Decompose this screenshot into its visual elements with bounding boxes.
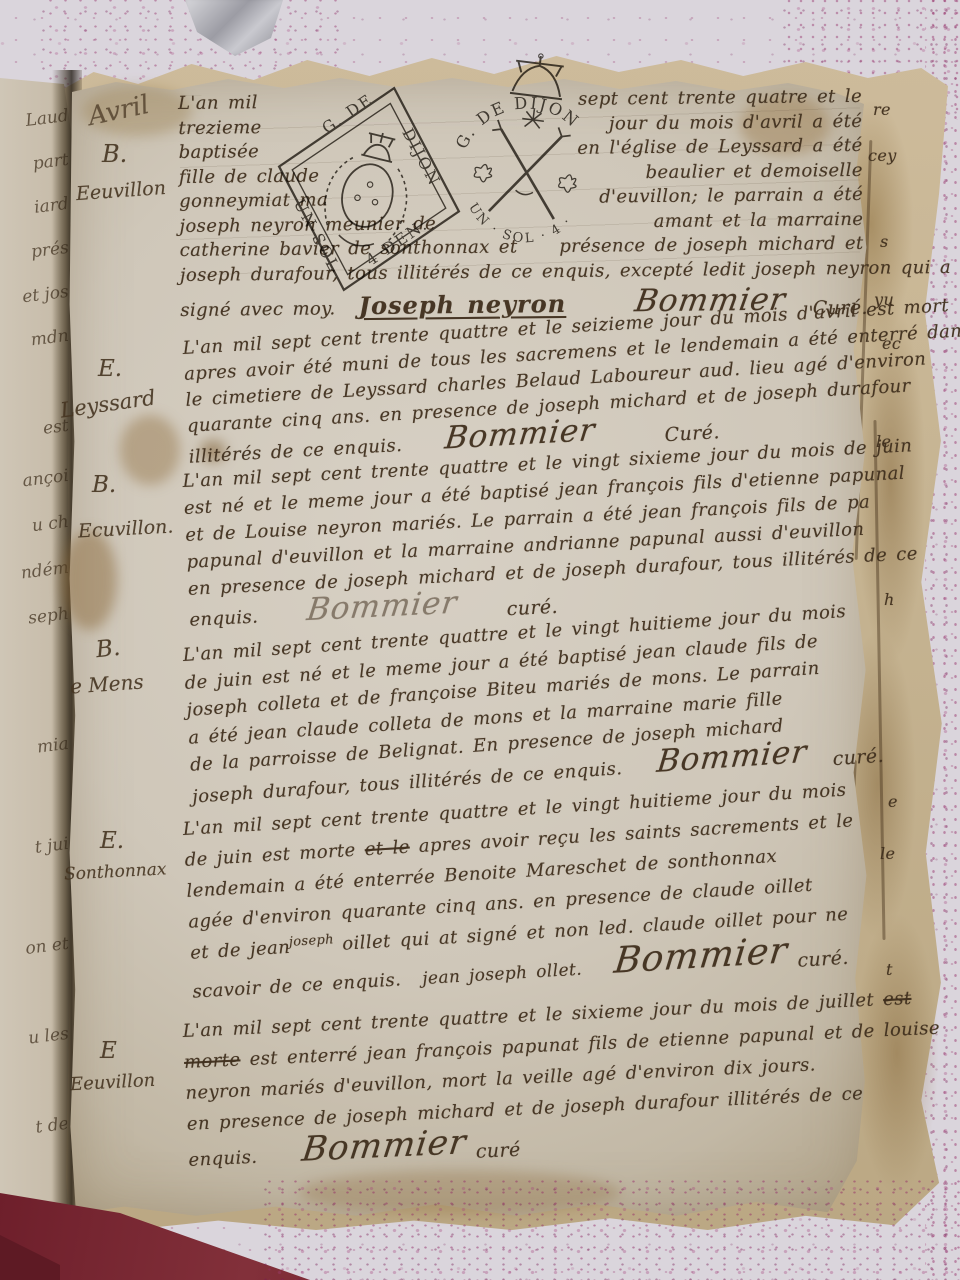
signature-cure-title: curé. [797,943,850,977]
photo-of-parish-register: re cey s yu ec le h e le t Laud part iar… [0,0,960,1280]
stamp-legend: UN SOL [290,196,344,276]
entry-line-left: trezieme [178,116,262,141]
margin-note-place: Eeuvillon [70,1070,156,1095]
margin-note-type: E [100,1038,117,1064]
entry-text: et de jean [190,937,291,964]
entry-line: enquis. [189,606,259,630]
entry-text: enquis. [188,1147,258,1171]
margin-note-type: B. [102,140,127,168]
margin-note-type: E. [100,828,124,854]
entry-line-right: amant et la marraine [654,207,864,234]
entry-line-left: baptisée [179,140,260,165]
signature-witness: jean joseph ollet. [422,960,583,989]
signature-bommier: Bommier [300,1127,468,1166]
metal-clip [183,0,288,62]
torn-edge-text-fragment: t [886,960,932,980]
entry-line-right: d'euvillon; le parrain a été [599,183,863,210]
torn-edge-text-fragment: s [880,232,926,252]
margin-note-type: B. [92,472,116,498]
stamp-crown [510,51,567,100]
margin-note-place: e Mens [69,669,144,698]
struck-text: est [883,988,912,1010]
entry-text: scavoir de ce enquis. [192,969,402,1002]
interlinear-insert: joseph [288,932,334,950]
stamp-legend: 4 DEN. [362,214,431,269]
entry-line: signé avec moy. [180,298,335,321]
torn-edge-text-fragment: e [888,792,934,812]
torn-edge-text-fragment: le [880,844,926,864]
torn-edge-text-fragment: cey [868,146,914,166]
signature-cure-title: curé [475,1135,521,1168]
margin-note-type: E. [98,356,122,382]
round-tax-stamp-dijon: G. DE DIJON UN · SOL · 4 · DEN [425,42,630,280]
register-entry-burial-eeuvillon: L'an mil sept cent trente quattre et le … [182,985,879,1176]
entry-line-right: jour du mois d'avril a été [609,109,863,136]
torn-edge-text-fragment: re [873,100,919,120]
margin-note-type: B. [95,635,122,663]
entry-line-left: L'an mil [178,91,258,116]
torn-edge-text-fragment: h [884,590,930,610]
entry-line-right: beaulier et demoiselle [645,158,863,185]
signature-bommier: Bommier [656,738,809,776]
stamp-legend: G. DE [318,90,376,138]
stamp-legend-top: G. DE DIJON [451,85,586,166]
signature-bommier: Bommier [305,590,459,625]
signature-bommier: Bommier [443,417,596,452]
signature-bommier: Bommier [613,935,790,977]
struck-text: morte [184,1049,241,1073]
signature-cure-title: curé. [832,742,885,773]
struck-text: et le [364,837,410,861]
register-entry-burial-sonthonnax: L'an mil sept cent trente quattre et le … [182,773,882,1009]
